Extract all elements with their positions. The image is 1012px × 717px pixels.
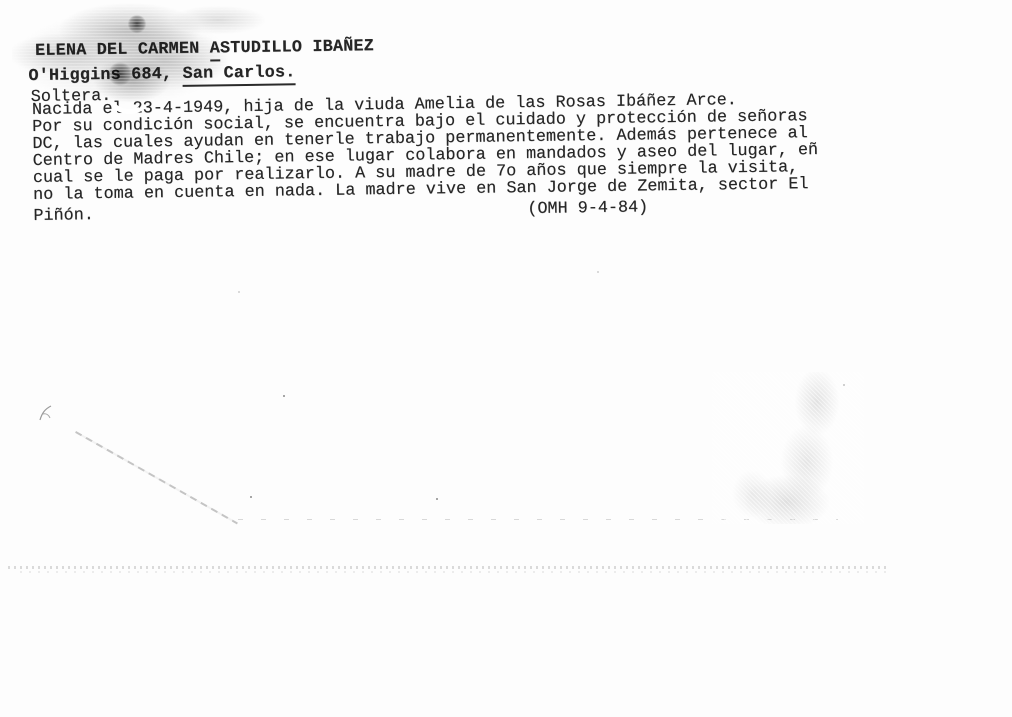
dust-dot	[843, 384, 845, 386]
crease-line-diagonal	[75, 431, 238, 524]
address-street: O'Higgins 684,	[28, 65, 182, 86]
pen-squiggle-mark	[38, 404, 54, 422]
perforated-edge	[8, 566, 888, 574]
address-line: O'Higgins 684, San Carlos.	[28, 64, 295, 85]
person-name-line: ELENA DEL CARMEN ASTUDILLO IBAÑEZ	[35, 38, 374, 60]
reference-code: (OMH 9-4-84)	[527, 199, 648, 218]
name-post: STUDILLO IBAÑEZ	[220, 37, 374, 58]
closing-line: Piñón.(OMH 9-4-84)	[33, 207, 94, 225]
dust-dot	[238, 291, 240, 293]
typewritten-text-block: ELENA DEL CARMEN ASTUDILLO IBAÑEZ O'Higg…	[28, 32, 831, 243]
name-pre: ELENA DEL CARMEN	[35, 39, 210, 60]
scanned-typewritten-card: ELENA DEL CARMEN ASTUDILLO IBAÑEZ O'Higg…	[0, 0, 1012, 717]
address-city-underlined: San Carlos.	[182, 63, 295, 87]
speckle-smudge	[712, 372, 864, 524]
name-underlined-initial: A	[210, 39, 221, 61]
dust-dot	[283, 395, 285, 397]
closing-word: Piñón.	[33, 206, 94, 226]
dust-dot	[436, 498, 438, 500]
dust-dot	[250, 496, 252, 498]
dust-dot	[597, 271, 599, 273]
